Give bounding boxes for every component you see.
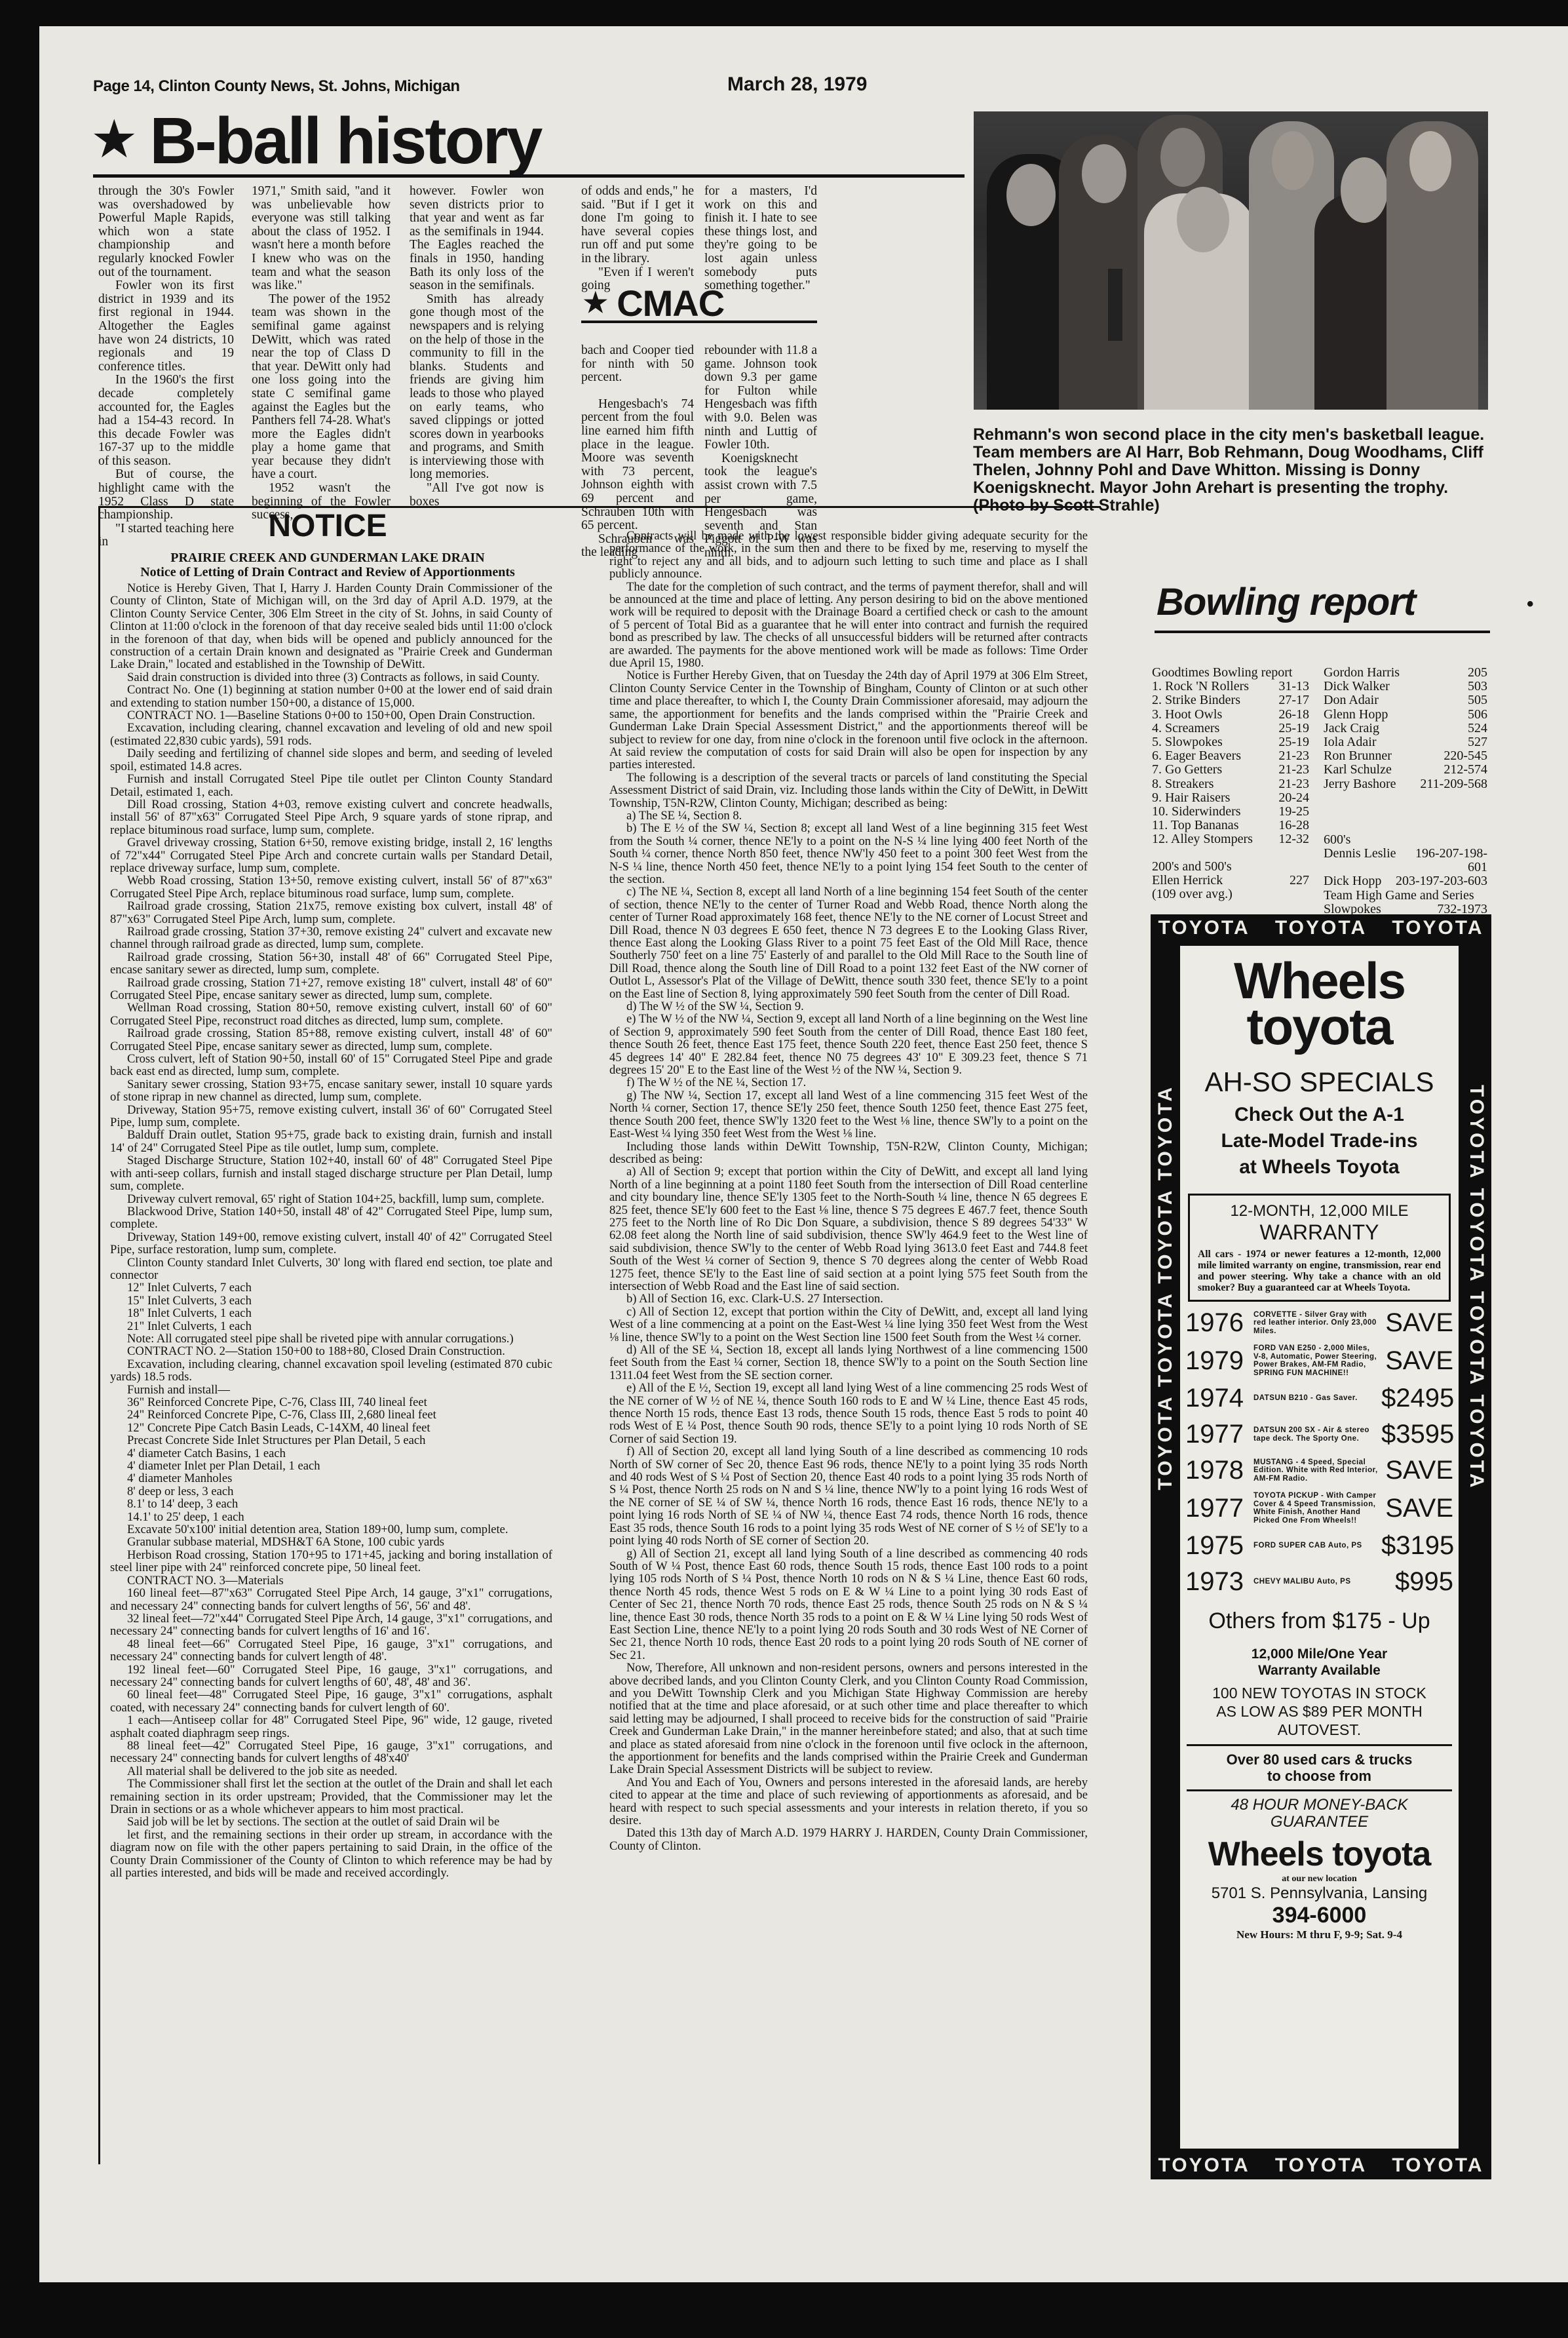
standings-row: 11. Top Bananas16-28 (1152, 819, 1309, 832)
notice-paragraph: Railroad grade crossing, Station 85+88, … (110, 1027, 552, 1053)
bowler-name: Dick Walker (1324, 680, 1390, 693)
stock-line-1: 100 NEW TOYOTAS IN STOCK (1180, 1684, 1459, 1702)
car-description: FORD VAN E250 - 2,000 Miles, V-8, Automa… (1251, 1344, 1381, 1377)
notice-paragraph: f) All of Section 20, except all land ly… (609, 1445, 1088, 1547)
team-record: 25-19 (1278, 722, 1309, 735)
car-listing: 1978MUSTANG - 4 Speed, Special Edition. … (1185, 1456, 1453, 1485)
bowler-name: (109 over avg.) (1152, 887, 1233, 901)
car-year: 1973 (1185, 1567, 1251, 1597)
cmac-column-1: bach and Cooper tied for ninth with 50 p… (581, 344, 694, 560)
notice-drain-name: PRAIRIE CREEK AND GUNDERMAN LAKE DRAIN (98, 551, 557, 565)
standings-row: 12. Alley Stompers12-32 (1152, 832, 1309, 846)
standings-row: 4. Screamers25-19 (1152, 722, 1309, 735)
six-hundreds-heading: 600's (1324, 833, 1487, 847)
car-year: 1974 (1185, 1384, 1251, 1413)
paragraph: of odds and ends," he said. "But if I ge… (581, 185, 694, 266)
car-listing: 1973CHEVY MALIBU Auto, PS$995 (1185, 1567, 1453, 1597)
standings-row: 3. Hoot Owls26-18 (1152, 708, 1309, 722)
scan-border-bottom (0, 2282, 1568, 2338)
high-score-row: Ron Brunner220-545 (1324, 749, 1487, 763)
team-name: 1. Rock 'N Rollers (1152, 680, 1249, 693)
notice-paragraph: g) The NW ¼, Section 17, except all land… (609, 1089, 1088, 1140)
notice-paragraph: Furnish and install Corrugated Steel Pip… (110, 773, 552, 798)
standings-row: 9. Hair Raisers20-24 (1152, 791, 1309, 805)
notice-paragraph: 24" Reinforced Concrete Pipe, C-76, Clas… (110, 1409, 552, 1421)
cmac-headline-text: CMAC (617, 283, 724, 324)
paragraph: In the 1960's the first decade completel… (98, 374, 234, 468)
high-heading: 200's and 500's (1152, 860, 1309, 874)
car-price: $995 (1381, 1567, 1453, 1597)
notice-paragraph: Notice is Further Hereby Given, that on … (609, 669, 1088, 771)
high-score-row: Gordon Harris205 (1324, 666, 1487, 680)
bowler-score: 527 (1468, 735, 1487, 749)
notice-paragraph: Driveway culvert removal, 65' right of S… (110, 1193, 552, 1205)
notice-paragraph: Said job will be let by sections. The se… (110, 1816, 552, 1828)
bowler-score: 203-197-203-603 (1396, 874, 1487, 888)
notice-paragraph: Staged Discharge Structure, Station 102+… (110, 1154, 552, 1192)
bowling-table: Goodtimes Bowling report 1. Rock 'N Roll… (1152, 666, 1493, 916)
ad-left-band: TOYOTA TOYOTA TOYOTA TOYOTA (1155, 1085, 1177, 1490)
warranty-available-line-2: Warranty Available (1180, 1662, 1459, 1679)
bowler-name: Iola Adair (1324, 735, 1377, 749)
notice-paragraph: Webb Road crossing, Station 13+50, remov… (110, 874, 552, 900)
car-price: SAVE (1381, 1346, 1453, 1376)
car-description: CHEVY MALIBU Auto, PS (1251, 1578, 1381, 1586)
issue-date: March 28, 1979 (727, 73, 867, 96)
notice-paragraph: Said drain construction is divided into … (110, 671, 552, 684)
six-hundreds-row: 601 (1324, 861, 1487, 874)
money-back-guarantee: 48 HOUR MONEY-BACK GUARANTEE (1180, 1797, 1459, 1831)
high-score-row: Dick Walker503 (1324, 680, 1487, 693)
others-from: Others from $175 - Up (1180, 1608, 1459, 1634)
notice-paragraph: The following is a description of the se… (609, 771, 1088, 809)
stock-line-2: AS LOW AS $89 PER MONTH (1180, 1702, 1459, 1721)
notice-paragraph: 21" Inlet Culverts, 1 each (110, 1320, 552, 1333)
notice-subtitle: PRAIRIE CREEK AND GUNDERMAN LAKE DRAIN N… (98, 551, 557, 579)
notice-paragraph: 18" Inlet Culverts, 1 each (110, 1307, 552, 1319)
brand-footer: Wheels toyota (1180, 1835, 1459, 1874)
dealer-phone: 394-6000 (1180, 1903, 1459, 1928)
notice-paragraph: The date for the completion of such cont… (609, 581, 1088, 670)
page-folio: Page 14, Clinton County News, St. Johns,… (93, 77, 460, 96)
car-year: 1975 (1185, 1531, 1251, 1561)
car-price: SAVE (1381, 1308, 1453, 1338)
notice-paragraph: Driveway, Station 149+00, remove existin… (110, 1231, 552, 1257)
used-cars: Over 80 used cars & trucks to choose fro… (1180, 1751, 1459, 1784)
notice-paragraph: 4' diameter Inlet per Plan Detail, 1 eac… (110, 1460, 552, 1472)
notice-paragraph: 14.1' to 25' deep, 1 each (110, 1511, 552, 1523)
notice-paragraph: Railroad grade crossing, Station 71+27, … (110, 977, 552, 1002)
team-name: 4. Screamers (1152, 722, 1219, 735)
location-label: at our new location (1180, 1874, 1459, 1884)
notice-paragraph: 12" Concrete Pipe Catch Basin Leads, C-1… (110, 1422, 552, 1434)
bowler-name: Jack Craig (1324, 722, 1379, 735)
car-price: SAVE (1381, 1456, 1453, 1485)
notice-paragraph: 32 lineal feet—72"x44" Corrugated Steel … (110, 1612, 552, 1638)
team-record: 20-24 (1278, 791, 1309, 805)
notice-paragraph: Including those lands within DeWitt Town… (609, 1140, 1088, 1166)
car-price: SAVE (1381, 1494, 1453, 1523)
bowler-score: 205 (1468, 666, 1487, 680)
ad-bottom-band: TOYOTA TOYOTA TOYOTA (1151, 2154, 1491, 2177)
bowler-score: 212-574 (1444, 763, 1487, 777)
team-name: 2. Strike Binders (1152, 693, 1240, 707)
bowler-score: 503 (1468, 680, 1487, 693)
team-record: 21-23 (1278, 777, 1309, 791)
notice-paragraph: Furnish and install— (110, 1384, 552, 1396)
notice-paragraph: Railroad grade crossing, Station 21x75, … (110, 900, 552, 925)
team-name: 10. Siderwinders (1152, 805, 1241, 819)
notice-paragraph: 1 each—Antiseep collar for 48" Corrugate… (110, 1714, 552, 1740)
high-score-row: (109 over avg.) (1152, 887, 1309, 901)
team-name: 6. Eager Beavers (1152, 749, 1241, 763)
headline-rule (93, 174, 965, 178)
notice-paragraph: Excavation, including clearing, channel … (110, 1358, 552, 1384)
warranty-title: 12-MONTH, 12,000 MILE (1198, 1202, 1441, 1220)
ad-subhead-1: Check Out the A-1 (1180, 1102, 1459, 1128)
notice-paragraph: 192 lineal feet—60" Corrugated Steel Pip… (110, 1664, 552, 1689)
bowling-rule (1155, 631, 1490, 633)
brand-line-2: toyota (1180, 1003, 1459, 1049)
high-score-row: Ellen Herrick227 (1152, 874, 1309, 887)
warranty-box: 12-MONTH, 12,000 MILE WARRANTY All cars … (1188, 1194, 1451, 1302)
notice-column-right: Contracts will be made with the lowest r… (609, 530, 1088, 2152)
team-name: 8. Streakers (1152, 777, 1214, 791)
used-line-2: to choose from (1180, 1768, 1459, 1784)
high-score-row: Glenn Hopp506 (1324, 708, 1487, 722)
car-year: 1978 (1185, 1456, 1251, 1485)
notice-paragraph: 60 lineal feet—48" Corrugated Steel Pipe… (110, 1688, 552, 1714)
bball-headline-text: B-ball history (149, 104, 541, 178)
high-score-row: Don Adair505 (1324, 693, 1487, 707)
edge-mark: • (1527, 593, 1534, 615)
team-name: 12. Alley Stompers (1152, 832, 1253, 846)
notice-paragraph: let first, and the remaining sections in… (110, 1829, 552, 1880)
team-name: 7. Go Getters (1152, 763, 1222, 777)
team-record: 21-23 (1278, 763, 1309, 777)
paragraph: through the 30's Fowler was overshadowed… (98, 185, 234, 279)
cmac-headline: ★ CMAC (583, 282, 724, 324)
paragraph: Hengesbach's 74 percent from the foul li… (581, 398, 694, 533)
high-score-row: Karl Schulze212-574 (1324, 763, 1487, 777)
notice-paragraph: 160 lineal feet—87"x63" Corrugated Steel… (110, 1587, 552, 1612)
notice-paragraph: Herbison Road crossing, Station 170+95 t… (110, 1549, 552, 1574)
team-name: 5. Slowpokes (1152, 735, 1223, 749)
high-score-row: Iola Adair527 (1324, 735, 1487, 749)
team-record: 12-32 (1278, 832, 1309, 846)
bball-column-3: however. Fowler won seven districts prio… (410, 185, 544, 509)
bball-column-2: 1971," Smith said, "and it was unbelieva… (252, 185, 391, 522)
guarantee-line-1: 48 HOUR MONEY-BACK (1180, 1797, 1459, 1814)
team-name: 11. Top Bananas (1152, 819, 1238, 832)
notice-title: NOTICE (98, 508, 557, 544)
team-high-heading: Team High Game and Series (1324, 889, 1487, 903)
brand-line-1: Wheels (1180, 958, 1459, 1003)
new-stock: 100 NEW TOYOTAS IN STOCK AS LOW AS $89 P… (1180, 1684, 1459, 1739)
notice-paragraph: 15" Inlet Culverts, 3 each (110, 1295, 552, 1307)
team-record: 25-19 (1278, 735, 1309, 749)
notice-paragraph: 4' diameter Manholes (110, 1472, 552, 1485)
notice-paragraph: 4' diameter Catch Basins, 1 each (110, 1447, 552, 1460)
car-year: 1977 (1185, 1420, 1251, 1449)
team-name: 9. Hair Raisers (1152, 791, 1230, 805)
bball-column-5: for a masters, I'd work on this and fini… (704, 185, 817, 293)
notice-paragraph: All material shall be delivered to the j… (110, 1765, 552, 1778)
stock-line-3: AUTOVEST. (1180, 1721, 1459, 1739)
bowler-score: 211-209-568 (1420, 777, 1487, 791)
notice-paragraph: e) The W ½ of the NW ¼, Section 9, excep… (609, 1013, 1088, 1076)
notice-paragraph: Notice is Hereby Given, That I, Harry J.… (110, 582, 552, 671)
standings-row: 6. Eager Beavers21-23 (1152, 749, 1309, 763)
notice-paragraph: Railroad grade crossing, Station 37+30, … (110, 925, 552, 951)
ad-divider (1187, 1744, 1452, 1746)
notice-paragraph: Precast Concrete Side Inlet Structures p… (110, 1434, 552, 1447)
notice-paragraph: Cross culvert, left of Station 90+50, in… (110, 1053, 552, 1078)
ad-content: Wheels toyota AH-SO SPECIALS Check Out t… (1180, 946, 1459, 2149)
notice-paragraph: Wellman Road crossing, Station 80+50, re… (110, 1002, 552, 1027)
notice-paragraph: c) The NE ¼, Section 8, except all land … (609, 886, 1088, 1000)
bowler-score: 505 (1468, 693, 1487, 707)
notice-paragraph: Driveway, Station 95+75, remove existing… (110, 1104, 552, 1129)
notice-paragraph: Railroad grade crossing, Station 56+30, … (110, 951, 552, 977)
notice-paragraph: 48 lineal feet—66" Corrugated Steel Pipe… (110, 1638, 552, 1664)
car-year: 1977 (1185, 1494, 1251, 1523)
ad-right-band: TOYOTA TOYOTA TOYOTA TOYOTA (1465, 1085, 1487, 1490)
standings-row: 2. Strike Binders27-17 (1152, 693, 1309, 707)
standings-row: 8. Streakers21-23 (1152, 777, 1309, 791)
warranty-available: 12,000 Mile/One Year Warranty Available (1180, 1646, 1459, 1679)
notice-paragraph: Note: All corrugated steel pipe shall be… (110, 1333, 552, 1345)
notice-paragraph: d) All of the SE ¼, Section 18, except a… (609, 1344, 1088, 1382)
trophy-icon (1108, 269, 1122, 341)
team-record: 26-18 (1278, 708, 1309, 722)
ad-headline: AH-SO SPECIALS (1180, 1066, 1459, 1098)
cmac-rule (581, 321, 817, 323)
bowler-name: Gordon Harris (1324, 666, 1400, 680)
newspaper-page: Page 14, Clinton County News, St. Johns,… (0, 0, 1568, 2338)
cmac-column-2: rebounder with 11.8 a game. Johnson took… (704, 344, 817, 560)
notice-paragraph: Contracts will be made with the lowest r… (609, 530, 1088, 581)
bowler-name: Ron Brunner (1324, 749, 1392, 763)
paragraph: rebounder with 11.8 a game. Johnson took… (704, 344, 817, 452)
car-listing: 1977DATSUN 200 SX - Air & stereo tape de… (1185, 1420, 1453, 1449)
team-photo (974, 111, 1488, 410)
warranty-label: WARRANTY (1198, 1220, 1441, 1245)
ad-subhead-2: Late-Model Trade-ins (1180, 1128, 1459, 1154)
brand-logo: Wheels toyota (1180, 958, 1459, 1049)
notice-paragraph: f) The W ½ of the NE ¼, Section 17. (609, 1076, 1088, 1089)
car-listing: 1974DATSUN B210 - Gas Saver.$2495 (1185, 1384, 1453, 1413)
notice-left-rule (98, 506, 100, 2164)
bowling-league-name: Goodtimes Bowling report (1152, 666, 1309, 680)
six-hundreds-row: Dick Hopp203-197-203-603 (1324, 874, 1487, 888)
notice-column-left: Notice is Hereby Given, That I, Harry J.… (110, 582, 552, 2155)
used-line-1: Over 80 used cars & trucks (1180, 1751, 1459, 1768)
bowling-standings: Goodtimes Bowling report 1. Rock 'N Roll… (1152, 666, 1309, 916)
notice-paragraph: a) All of Section 9; except that portion… (609, 1165, 1088, 1293)
dealer-address: 5701 S. Pennsylvania, Lansing (1180, 1884, 1459, 1903)
six-hundreds-row: Dennis Leslie196-207-198- (1324, 847, 1487, 861)
paragraph: however. Fowler won seven districts prio… (410, 185, 544, 293)
car-listing: 1975FORD SUPER CAB Auto, PS$3195 (1185, 1531, 1453, 1561)
bowler-name: Dennis Leslie (1324, 847, 1396, 861)
ad-top-band: TOYOTA TOYOTA TOYOTA (1151, 917, 1491, 939)
car-description: FORD SUPER CAB Auto, PS (1251, 1542, 1381, 1550)
car-description: DATSUN 200 SX - Air & stereo tape deck. … (1251, 1426, 1381, 1443)
notice-paragraph: 8' deep or less, 3 each (110, 1485, 552, 1498)
notice-paragraph: Sanitary sewer crossing, Station 93+75, … (110, 1078, 552, 1104)
notice-paragraph: g) All of Section 21, except all land ly… (609, 1548, 1088, 1662)
star-icon: ★ (583, 287, 607, 318)
bowler-score: 601 (1468, 861, 1487, 874)
team-record: 21-23 (1278, 749, 1309, 763)
car-listing: 1977TOYOTA PICKUP - With Camper Cover & … (1185, 1492, 1453, 1525)
notice-paragraph: 8.1' to 14' deep, 3 each (110, 1498, 552, 1510)
team-record: 27-17 (1278, 693, 1309, 707)
notice-paragraph: a) The SE ¼, Section 8. (609, 809, 1088, 822)
notice-paragraph: b) All of Section 16, exc. Clark-U.S. 27… (609, 1293, 1088, 1305)
notice-paragraph: Daily seeding and fertilizing of channel… (110, 747, 552, 773)
notice-paragraph: And You and Each of You, Owners and pers… (609, 1776, 1088, 1827)
notice-paragraph: c) All of Section 12, except that portio… (609, 1306, 1088, 1344)
bowler-name: Karl Schulze (1324, 763, 1392, 777)
bowler-name: Don Adair (1324, 693, 1379, 707)
car-price: $3195 (1381, 1531, 1453, 1561)
bball-column-4: of odds and ends," he said. "But if I ge… (581, 185, 694, 293)
notice-paragraph: b) The E ½ of the SW ¼, Section 8; excep… (609, 822, 1088, 886)
paragraph: bach and Cooper tied for ninth with 50 p… (581, 344, 694, 385)
guarantee-line-2: GUARANTEE (1180, 1814, 1459, 1831)
notice-paragraph: Contract No. One (1) beginning at statio… (110, 684, 552, 709)
bowler-score: 506 (1468, 708, 1487, 722)
bowler-name: Dick Hopp (1324, 874, 1381, 888)
warranty-body: All cars - 1974 or newer features a 12-m… (1198, 1249, 1441, 1293)
car-price: $2495 (1381, 1384, 1453, 1413)
car-description: CORVETTE - Silver Gray with red leather … (1251, 1311, 1381, 1336)
paragraph: for a masters, I'd work on this and fini… (704, 185, 817, 293)
notice-paragraph: d) The W ½ of the SW ¼, Section 9. (609, 1000, 1088, 1013)
car-year: 1979 (1185, 1346, 1251, 1376)
standings-row: 7. Go Getters21-23 (1152, 763, 1309, 777)
notice-paragraph: CONTRACT NO. 2—Station 150+00 to 188+80,… (110, 1345, 552, 1357)
notice-paragraph: Clinton County standard Inlet Culverts, … (110, 1257, 552, 1282)
team-record: 31-13 (1278, 680, 1309, 693)
standings-row: 1. Rock 'N Rollers31-13 (1152, 680, 1309, 693)
bowler-score: 227 (1290, 874, 1309, 887)
paragraph: Fowler won its first district in 1939 an… (98, 279, 234, 374)
dealer-hours: New Hours: M thru F, 9-9; Sat. 9-4 (1180, 1928, 1459, 1941)
car-description: MUSTANG - 4 Speed, Special Edition. Whit… (1251, 1458, 1381, 1483)
car-year: 1976 (1185, 1308, 1251, 1338)
paragraph: 1971," Smith said, "and it was unbelieva… (252, 185, 391, 293)
bowler-score: 196-207-198- (1415, 847, 1487, 861)
notice-paragraph: Excavation, including clearing, channel … (110, 722, 552, 747)
car-list: 1976CORVETTE - Silver Gray with red leat… (1180, 1308, 1459, 1597)
notice-paragraph: CONTRACT NO. 1—Baseline Stations 0+00 to… (110, 709, 552, 722)
team-record: 16-28 (1278, 819, 1309, 832)
car-listing: 1979FORD VAN E250 - 2,000 Miles, V-8, Au… (1185, 1344, 1453, 1377)
notice-paragraph: 36" Reinforced Concrete Pipe, C-76, Clas… (110, 1396, 552, 1409)
notice-paragraph: The Commissioner shall first let the sec… (110, 1778, 552, 1816)
ad-subhead-3: at Wheels Toyota (1180, 1154, 1459, 1180)
bball-headline: ★ B-ball history (93, 104, 541, 177)
team-record: 19-25 (1278, 805, 1309, 819)
team-name: 3. Hoot Owls (1152, 708, 1222, 722)
ad-divider (1187, 1789, 1452, 1791)
car-listing: 1976CORVETTE - Silver Gray with red leat… (1185, 1308, 1453, 1338)
bball-column-1: through the 30's Fowler was overshadowed… (98, 185, 234, 549)
standings-row: 10. Siderwinders19-25 (1152, 805, 1309, 819)
notice-paragraph: Now, Therefore, All unknown and non-resi… (609, 1662, 1088, 1776)
bowler-score: 524 (1468, 722, 1487, 735)
ad-subhead: Check Out the A-1 Late-Model Trade-ins a… (1180, 1102, 1459, 1180)
standings-row: 5. Slowpokes25-19 (1152, 735, 1309, 749)
notice-description: Notice of Letting of Drain Contract and … (98, 565, 557, 579)
notice-paragraph: CONTRACT NO. 3—Materials (110, 1574, 552, 1587)
notice-paragraph: Blackwood Drive, Station 140+50, install… (110, 1205, 552, 1231)
bowler-name: Glenn Hopp (1324, 708, 1388, 722)
car-price: $3595 (1381, 1420, 1453, 1449)
photo-caption: Rehmann's won second place in the city m… (973, 426, 1497, 515)
high-score-row: Jerry Bashore211-209-568 (1324, 777, 1487, 791)
scan-border-top (0, 0, 1568, 26)
warranty-available-line-1: 12,000 Mile/One Year (1180, 1646, 1459, 1662)
notice-paragraph: Dill Road crossing, Station 4+03, remove… (110, 798, 552, 836)
notice-paragraph: 12" Inlet Culverts, 7 each (110, 1281, 552, 1294)
bowler-score: 220-545 (1444, 749, 1487, 763)
wheels-toyota-ad: TOYOTA TOYOTA TOYOTA TOYOTA TOYOTA TOYOT… (1151, 914, 1491, 2179)
notice-paragraph: Gravel driveway crossing, Station 6+50, … (110, 836, 552, 874)
car-description: TOYOTA PICKUP - With Camper Cover & 4 Sp… (1251, 1492, 1381, 1525)
paragraph: "All I've got now is boxes (410, 482, 544, 509)
notice-paragraph: 88 lineal feet—42" Corrugated Steel Pipe… (110, 1740, 552, 1765)
bowling-high-scores: Gordon Harris205Dick Walker503Don Adair5… (1324, 666, 1487, 916)
notice-paragraph: Dated this 13th day of March A.D. 1979 H… (609, 1827, 1088, 1852)
notice-paragraph: Balduff Drain outlet, Station 95+75, gra… (110, 1129, 552, 1154)
bowling-report-title: Bowling report (1157, 580, 1415, 624)
notice-paragraph: Granular subbase material, MDSH&T 6A Sto… (110, 1536, 552, 1548)
paragraph: Smith has already gone though most of th… (410, 293, 544, 482)
bowler-name: Ellen Herrick (1152, 874, 1223, 887)
notice-paragraph: Excavate 50'x100' initial detention area… (110, 1523, 552, 1536)
star-icon: ★ (93, 113, 134, 166)
scan-border-left (0, 0, 39, 2338)
high-score-row: Jack Craig524 (1324, 722, 1487, 735)
paragraph: The power of the 1952 team was shown in … (252, 293, 391, 482)
car-description: DATSUN B210 - Gas Saver. (1251, 1394, 1381, 1403)
bowler-name: Jerry Bashore (1324, 777, 1396, 791)
notice-paragraph: e) All of the E ½, Section 19, except al… (609, 1382, 1088, 1445)
